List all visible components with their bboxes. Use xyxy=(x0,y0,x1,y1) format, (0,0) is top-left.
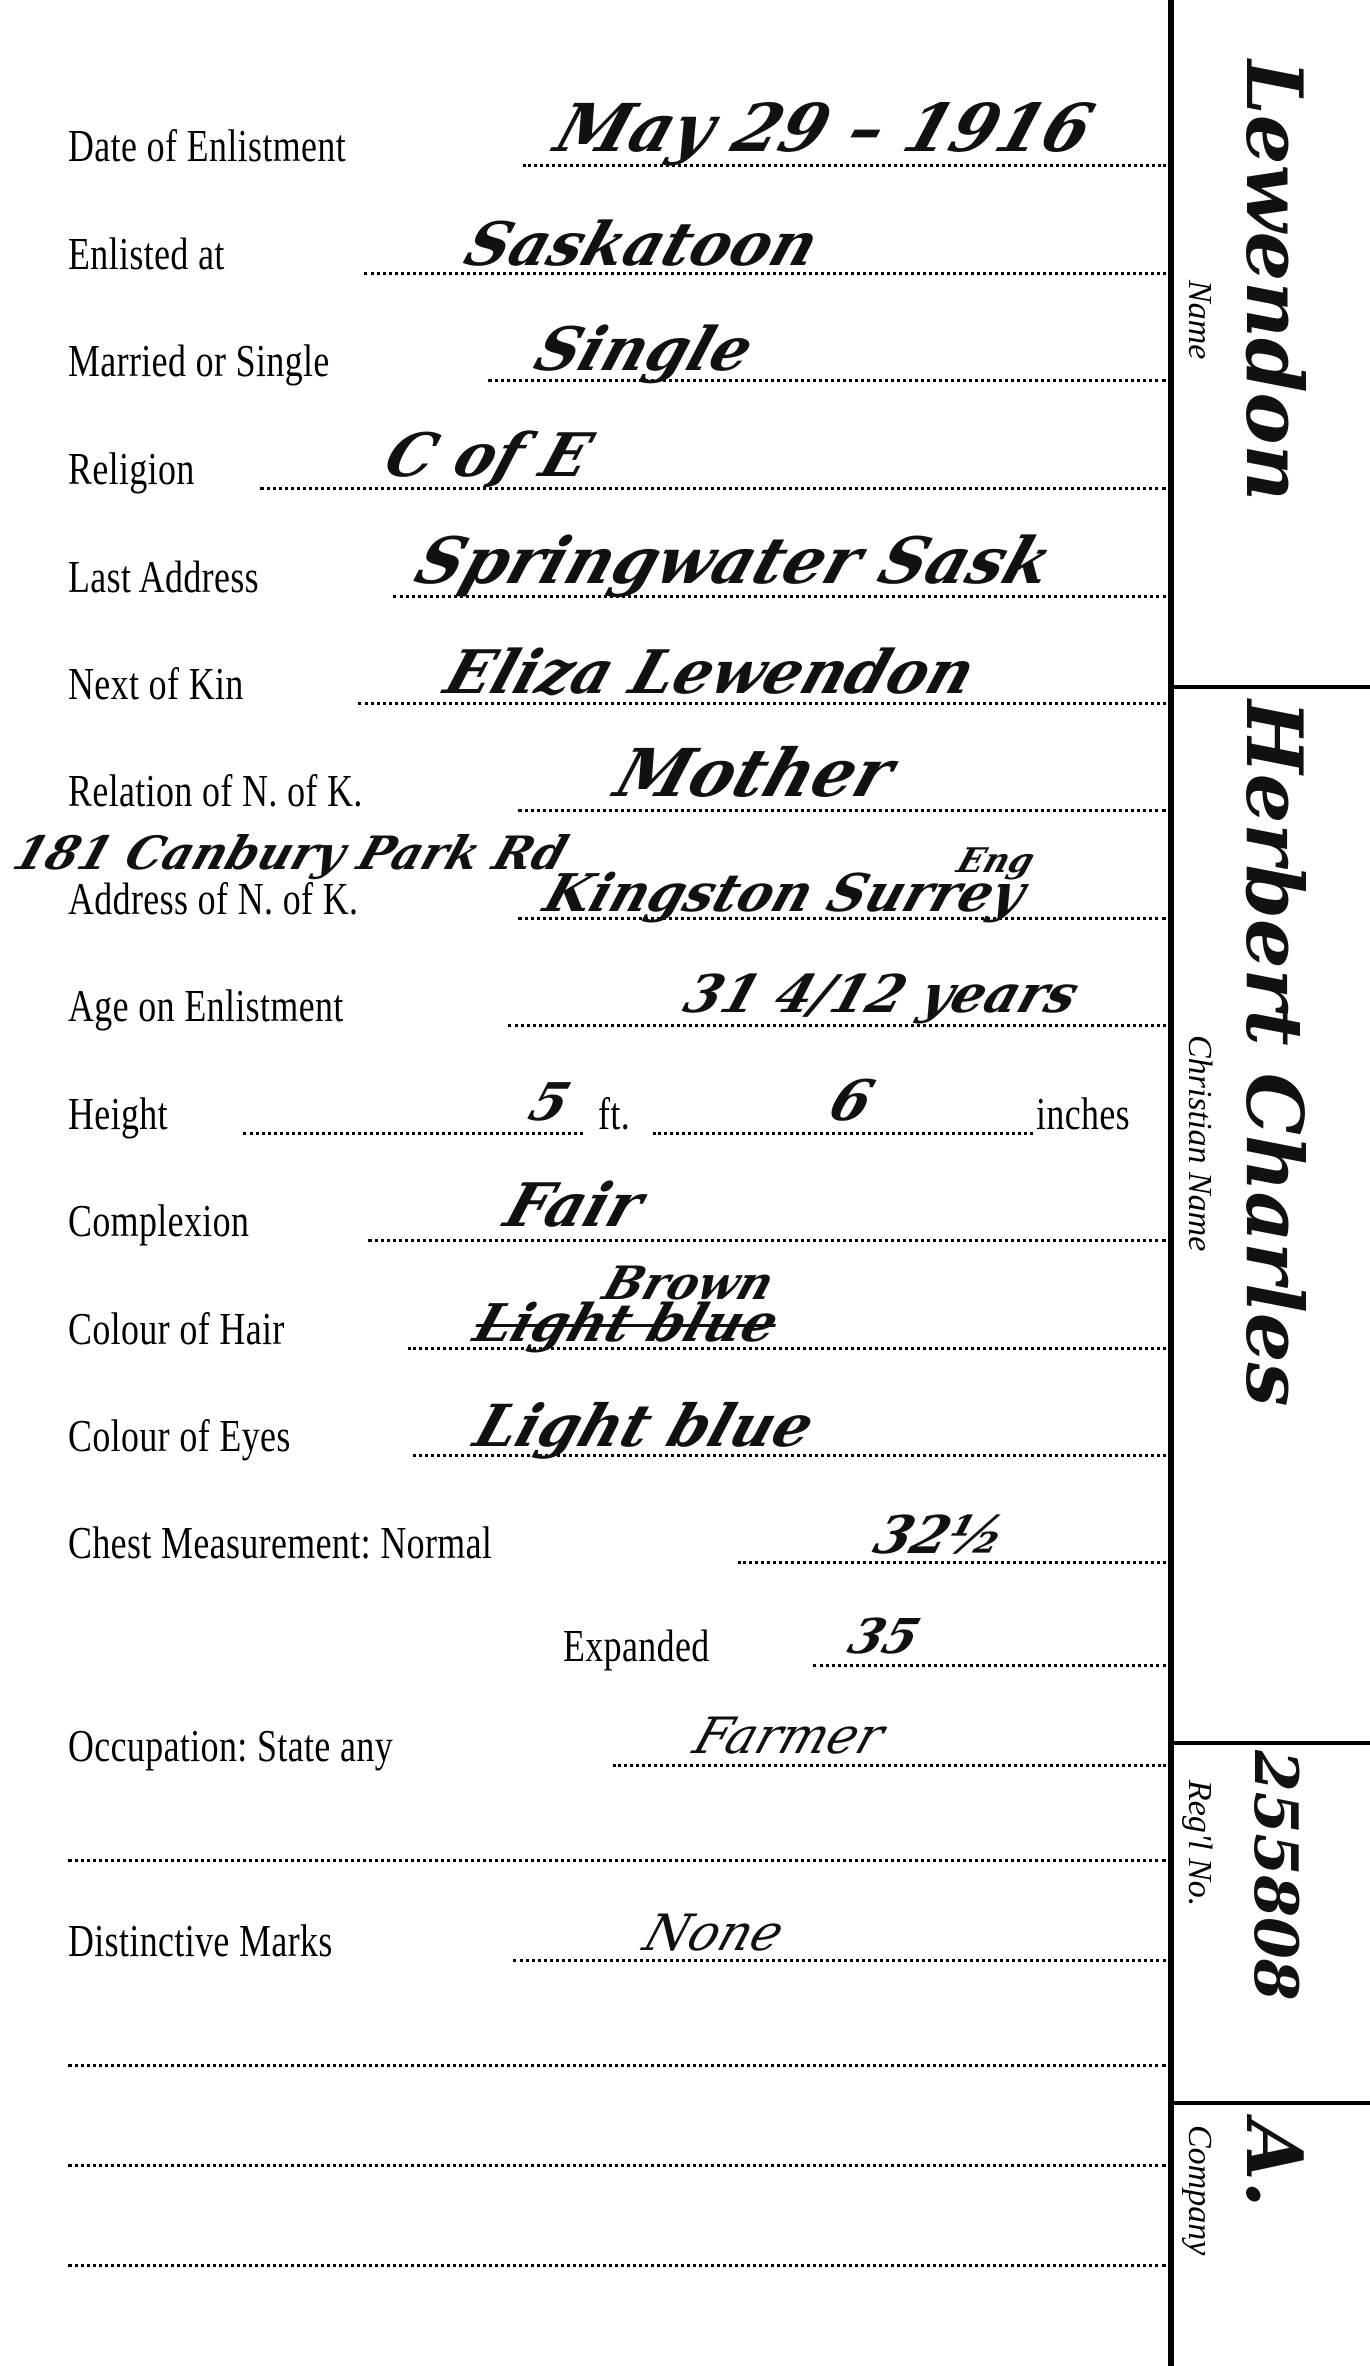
row-blank-1 xyxy=(68,2005,1166,2075)
label-height: Height xyxy=(68,1091,168,1137)
sidebar-value-company: A. xyxy=(1228,2120,1319,2208)
label-date-of-enlistment: Date of Enlistment xyxy=(68,123,346,169)
dotted-line xyxy=(68,2264,1166,2267)
sidebar-value-christian-name: Herbert Charles xyxy=(1228,700,1319,1406)
row-distinctive-marks: Distinctive Marks None xyxy=(68,1900,1166,1970)
label-enlisted-at: Enlisted at xyxy=(68,231,225,277)
label-occupation: Occupation: State any xyxy=(68,1723,393,1769)
row-age-on-enlistment: Age on Enlistment 31 4/12 years xyxy=(68,965,1166,1035)
value-address-of-nok-line2: Kingston Surrey xyxy=(538,868,1031,920)
value-distinctive-marks: None xyxy=(638,1908,790,1958)
sidebar-label-christian-name: Christian Name xyxy=(1178,1035,1218,1251)
value-height-inches: 6 xyxy=(823,1073,880,1129)
label-age-on-enlistment: Age on Enlistment xyxy=(68,983,344,1029)
label-complexion: Complexion xyxy=(68,1198,249,1244)
value-occupation: Farmer xyxy=(688,1711,890,1761)
row-blank-2 xyxy=(68,2105,1166,2175)
label-colour-of-eyes: Colour of Eyes xyxy=(68,1413,291,1459)
label-height-inches: inches xyxy=(1036,1091,1130,1137)
dotted-line xyxy=(513,1959,1166,1962)
value-colour-of-eyes: Light blue xyxy=(468,1397,821,1455)
label-chest-normal: Chest Measurement: Normal xyxy=(68,1520,492,1566)
row-blank-3 xyxy=(68,2205,1166,2275)
sidebar-value-name: Lewendon xyxy=(1228,60,1319,501)
value-next-of-kin: Eliza Lewendon xyxy=(438,643,982,703)
row-last-address: Last Address Springwater Sask xyxy=(68,536,1166,606)
label-height-ft: ft. xyxy=(598,1091,630,1137)
value-married-or-single: Single xyxy=(528,320,760,380)
row-date-of-enlistment: Date of Enlistment May 29 – 1916 xyxy=(68,105,1166,175)
label-distinctive-marks: Distinctive Marks xyxy=(68,1918,333,1964)
row-colour-of-eyes: Colour of Eyes Light blue xyxy=(68,1395,1166,1465)
row-married-or-single: Married or Single Single xyxy=(68,320,1166,390)
row-occupation-continued xyxy=(68,1800,1166,1870)
row-chest-expanded: Expanded 35 xyxy=(68,1605,1166,1675)
label-religion: Religion xyxy=(68,446,195,492)
label-married-or-single: Married or Single xyxy=(68,338,330,384)
section-divider xyxy=(1174,1741,1370,1745)
value-chest-normal: 32½ xyxy=(868,1510,1012,1562)
value-complexion: Fair xyxy=(498,1176,650,1236)
dotted-line xyxy=(368,1239,1166,1242)
value-address-of-nok-line1: 181 Canbury Park Rd xyxy=(8,830,573,876)
label-colour-of-hair: Colour of Hair xyxy=(68,1306,285,1352)
value-last-address: Springwater Sask xyxy=(408,530,1060,594)
row-colour-of-hair: Colour of Hair Light blue Brown xyxy=(68,1288,1166,1358)
section-divider xyxy=(1174,685,1370,689)
attestation-card: Date of Enlistment May 29 – 1916 Enliste… xyxy=(0,0,1370,2366)
value-religion: C of E xyxy=(378,426,599,486)
row-address-of-nok: Address of N. of K. 181 Canbury Park Rd … xyxy=(68,858,1166,928)
dotted-line xyxy=(68,1859,1166,1862)
sidebar-value-regl-no: 255808 xyxy=(1240,1750,1310,2001)
row-occupation: Occupation: State any Farmer xyxy=(68,1705,1166,1775)
section-divider xyxy=(1174,2101,1370,2105)
row-enlisted-at: Enlisted at Saskatoon xyxy=(68,213,1166,283)
label-address-of-nok: Address of N. of K. xyxy=(68,876,358,922)
row-height: Height 5 ft. 6 inches xyxy=(68,1073,1166,1143)
label-next-of-kin: Next of Kin xyxy=(68,661,244,707)
value-date-of-enlistment: May 29 – 1916 xyxy=(548,95,1101,161)
value-chest-expanded: 35 xyxy=(843,1613,925,1661)
label-chest-expanded: Expanded xyxy=(563,1623,710,1669)
value-colour-of-hair: Brown xyxy=(598,1260,780,1306)
label-last-address: Last Address xyxy=(68,554,259,600)
value-age-on-enlistment: 31 4/12 years xyxy=(678,969,1085,1021)
row-next-of-kin: Next of Kin Eliza Lewendon xyxy=(68,643,1166,713)
row-relation-of-nok: Relation of N. of K. Mother xyxy=(68,750,1166,820)
row-complexion: Complexion Fair xyxy=(68,1180,1166,1250)
row-chest-normal: Chest Measurement: Normal 32½ xyxy=(68,1502,1166,1572)
value-enlisted-at: Saskatoon xyxy=(458,215,825,275)
sidebar-label-company: Company xyxy=(1178,2125,1218,2255)
value-height-feet: 5 xyxy=(523,1077,576,1129)
label-relation-of-nok: Relation of N. of K. xyxy=(68,768,363,814)
sidebar-label-name: Name xyxy=(1178,280,1218,359)
dotted-line xyxy=(68,2064,1166,2067)
sidebar-divider xyxy=(1168,0,1174,2366)
row-religion: Religion C of E xyxy=(68,428,1166,498)
dotted-line xyxy=(68,2164,1166,2167)
value-relation-of-nok: Mother xyxy=(608,740,902,806)
sidebar-label-regl-no: Reg'l No. xyxy=(1178,1780,1218,1906)
